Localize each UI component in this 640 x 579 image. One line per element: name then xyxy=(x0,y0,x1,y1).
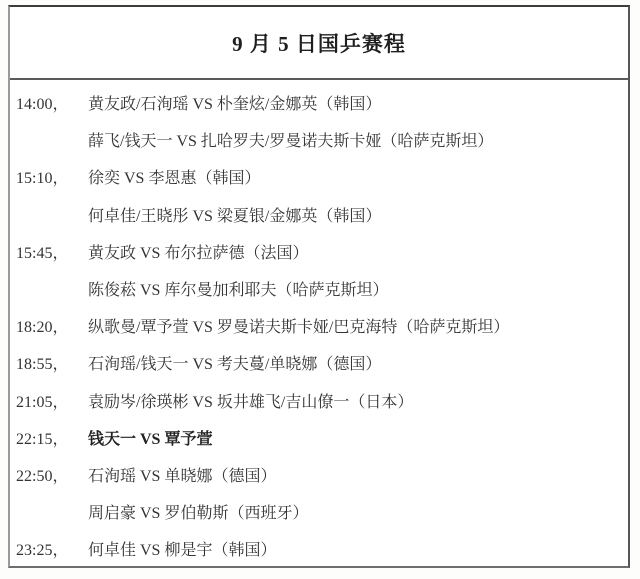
schedule-row: 14:00， 黄友政/石洵瑶 VS 朴奎炫/金娜英（韩国） xyxy=(10,84,628,121)
match-text: 徐奕 VS 李恩惠（韩国） xyxy=(88,165,260,188)
match-text: 石洵瑶/钱天一 VS 考夫蔓/单晓娜（德国） xyxy=(88,351,381,374)
match-time: 18:20， xyxy=(16,314,88,337)
match-text: 黄友政 VS 布尔拉萨德（法国） xyxy=(88,240,308,263)
match-text: 薛飞/钱天一 VS 扎哈罗夫/罗曼诺夫斯卡娅（哈萨克斯坦） xyxy=(88,128,493,151)
match-text: 何卓佳 VS 柳是宇（韩国） xyxy=(88,537,276,560)
match-text: 陈俊菘 VS 库尔曼加利耶夫（哈萨克斯坦） xyxy=(88,277,388,300)
schedule-row: 15:45， 黄友政 VS 布尔拉萨德（法国） xyxy=(10,233,628,270)
match-time: 22:50， xyxy=(16,463,88,486)
schedule-row: 薛飞/钱天一 VS 扎哈罗夫/罗曼诺夫斯卡娅（哈萨克斯坦） xyxy=(10,121,628,158)
schedule-row: 何卓佳/王晓彤 VS 梁夏银/金娜英（韩国） xyxy=(10,196,628,233)
table-title-row: 9 月 5 日国乒赛程 xyxy=(10,7,628,80)
schedule-row: 22:50， 石洵瑶 VS 单晓娜（德国） xyxy=(10,456,628,493)
page: 9 月 5 日国乒赛程 14:00， 黄友政/石洵瑶 VS 朴奎炫/金娜英（韩国… xyxy=(0,0,640,579)
schedule-row: 周启豪 VS 罗伯勒斯（西班牙） xyxy=(10,493,628,530)
schedule-row: 15:10， 徐奕 VS 李恩惠（韩国） xyxy=(10,158,628,195)
match-text: 何卓佳/王晓彤 VS 梁夏银/金娜英（韩国） xyxy=(88,203,381,226)
match-time: 14:00， xyxy=(16,91,88,114)
page-title: 9 月 5 日国乒赛程 xyxy=(232,28,406,58)
schedule-row: 21:05， 袁励岑/徐瑛彬 VS 坂井雄飞/吉山僚一（日本） xyxy=(10,382,628,419)
schedule-row: 23:25， 何卓佳 VS 柳是宇（韩国） xyxy=(10,530,628,567)
schedule-rows: 14:00， 黄友政/石洵瑶 VS 朴奎炫/金娜英（韩国） 薛飞/钱天一 VS … xyxy=(10,80,628,567)
schedule-row: 18:20， 纵歌曼/覃予萱 VS 罗曼诺夫斯卡娅/巴克海特（哈萨克斯坦） xyxy=(10,307,628,344)
match-time: 15:10， xyxy=(16,165,88,188)
schedule-row: 22:15， 钱天一 VS 覃予萱 xyxy=(10,419,628,456)
match-time: 22:15， xyxy=(16,426,88,449)
match-time: 18:55， xyxy=(16,351,88,374)
match-text: 袁励岑/徐瑛彬 VS 坂井雄飞/吉山僚一（日本） xyxy=(88,389,413,412)
match-text: 黄友政/石洵瑶 VS 朴奎炫/金娜英（韩国） xyxy=(88,91,381,114)
match-text: 周启豪 VS 罗伯勒斯（西班牙） xyxy=(88,500,308,523)
match-time: 15:45， xyxy=(16,240,88,263)
match-text: 石洵瑶 VS 单晓娜（德国） xyxy=(88,463,276,486)
match-text: 钱天一 VS 覃予萱 xyxy=(88,426,212,449)
schedule-row: 陈俊菘 VS 库尔曼加利耶夫（哈萨克斯坦） xyxy=(10,270,628,307)
schedule-row: 18:55， 石洵瑶/钱天一 VS 考夫蔓/单晓娜（德国） xyxy=(10,344,628,381)
schedule-table: 9 月 5 日国乒赛程 14:00， 黄友政/石洵瑶 VS 朴奎炫/金娜英（韩国… xyxy=(8,5,630,568)
match-time: 23:25， xyxy=(16,537,88,560)
match-text: 纵歌曼/覃予萱 VS 罗曼诺夫斯卡娅/巴克海特（哈萨克斯坦） xyxy=(88,314,509,337)
match-time: 21:05， xyxy=(16,389,88,412)
